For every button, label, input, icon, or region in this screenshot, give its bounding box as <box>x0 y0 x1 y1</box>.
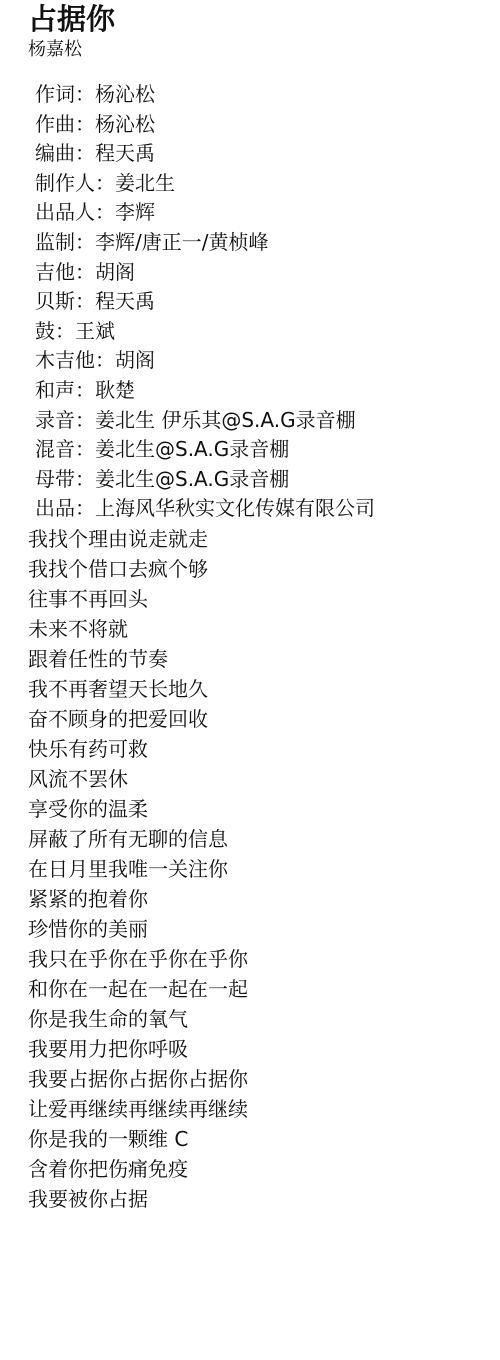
lyric-line: 珍惜你的美丽 <box>28 914 480 944</box>
credit-line: 出品人：李辉 <box>35 198 480 228</box>
lyric-line: 含着你把伤痛免疫 <box>28 1154 480 1184</box>
lyric-line: 和你在一起在一起在一起 <box>28 974 480 1004</box>
credit-line: 混音：姜北生@S.A.G录音棚 <box>35 435 480 465</box>
credit-line: 制作人：姜北生 <box>35 169 480 199</box>
credit-line: 和声：耿楚 <box>35 376 480 406</box>
lyric-line: 你是我的一颗维 C <box>28 1124 480 1154</box>
lyric-line: 奋不顾身的把爱回收 <box>28 704 480 734</box>
lyric-line: 你是我生命的氧气 <box>28 1004 480 1034</box>
lyric-line: 我找个理由说走就走 <box>28 524 480 554</box>
lyric-line: 我只在乎你在乎你在乎你 <box>28 944 480 974</box>
credit-line: 贝斯：程天禹 <box>35 287 480 317</box>
credit-line: 作曲：杨沁松 <box>35 110 480 140</box>
lyric-line: 享受你的温柔 <box>28 794 480 824</box>
credit-line: 鼓：王斌 <box>35 317 480 347</box>
lyric-line: 让爱再继续再继续再继续 <box>28 1094 480 1124</box>
lyric-line: 快乐有药可救 <box>28 734 480 764</box>
credit-line: 作词：杨沁松 <box>35 80 480 110</box>
credit-line: 监制：李辉/唐正一/黄桢峰 <box>35 228 480 258</box>
lyric-line: 我要占据你占据你占据你 <box>28 1064 480 1094</box>
credits-section: 作词：杨沁松作曲：杨沁松编曲：程天禹制作人：姜北生出品人：李辉监制：李辉/唐正一… <box>28 80 480 524</box>
credit-line: 录音：姜北生 伊乐其@S.A.G录音棚 <box>35 406 480 436</box>
lyric-line: 我找个借口去疯个够 <box>28 554 480 584</box>
credit-line: 编曲：程天禹 <box>35 139 480 169</box>
artist-name: 杨嘉松 <box>28 38 480 62</box>
lyric-line: 风流不罢休 <box>28 764 480 794</box>
credit-line: 母带：姜北生@S.A.G录音棚 <box>35 465 480 495</box>
lyric-line: 我不再奢望天长地久 <box>28 674 480 704</box>
lyric-line: 往事不再回头 <box>28 584 480 614</box>
credit-line: 吉他：胡阁 <box>35 258 480 288</box>
lyric-line: 跟着任性的节奏 <box>28 644 480 674</box>
lyric-line: 紧紧的抱着你 <box>28 884 480 914</box>
song-title: 占据你 <box>28 0 480 38</box>
lyric-line: 我要用力把你呼吸 <box>28 1034 480 1064</box>
lyric-line: 屏蔽了所有无聊的信息 <box>28 824 480 854</box>
lyrics-section: 我找个理由说走就走我找个借口去疯个够往事不再回头未来不将就跟着任性的节奏我不再奢… <box>28 524 480 1214</box>
lyric-line: 在日月里我唯一关注你 <box>28 854 480 884</box>
lyrics-page: 占据你 杨嘉松 作词：杨沁松作曲：杨沁松编曲：程天禹制作人：姜北生出品人：李辉监… <box>0 0 500 1214</box>
lyric-line: 我要被你占据 <box>28 1184 480 1214</box>
credit-line: 出品：上海风华秋实文化传媒有限公司 <box>35 494 480 524</box>
credit-line: 木吉他：胡阁 <box>35 346 480 376</box>
lyric-line: 未来不将就 <box>28 614 480 644</box>
